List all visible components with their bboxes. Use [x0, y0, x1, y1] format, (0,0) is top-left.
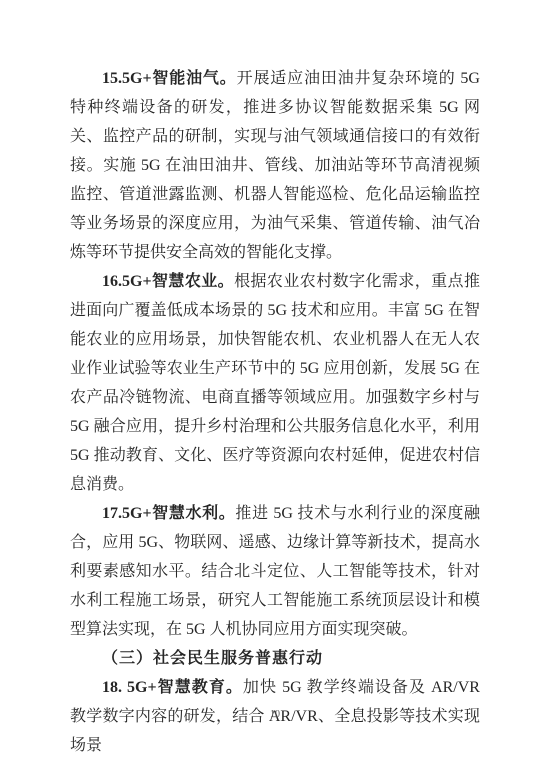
paragraph-15-lead: 15.5G+智能油气。 [102, 70, 237, 87]
document-page: 15.5G+智能油气。开展适应油田油井复杂环境的 5G 特种终端设备的研发，推进… [0, 0, 550, 778]
paragraph-17-text: 推进 5G 技术与水利行业的深度融合，应用 5G、物联网、遥感、边缘计算等新技术… [70, 505, 480, 638]
section-heading-social-livelihood: （三）社会民生服务普惠行动 [70, 644, 480, 673]
paragraph-16-text: 根据农业农村数字化需求，重点推进面向广覆盖低成本场景的 5G 技术和应用。丰富 … [70, 273, 480, 493]
paragraph-16-lead: 16.5G+智慧农业。 [102, 273, 234, 290]
paragraph-17-smart-water: 17.5G+智慧水利。推进 5G 技术与水利行业的深度融合，应用 5G、物联网、… [70, 499, 480, 644]
paragraph-15-text: 开展适应油田油井复杂环境的 5G 特种终端设备的研发，推进多协议智能数据采集 5… [70, 70, 480, 261]
paragraph-16-smart-agriculture: 16.5G+智慧农业。根据农业农村数字化需求，重点推进面向广覆盖低成本场景的 5… [70, 267, 480, 499]
page-number: 10 [270, 709, 280, 720]
paragraph-17-lead: 17.5G+智慧水利。 [102, 505, 235, 522]
paragraph-18-lead: 18. 5G+智慧教育。 [102, 679, 243, 696]
page-footer: 10 [0, 704, 550, 722]
document-body: 15.5G+智能油气。开展适应油田油井复杂环境的 5G 特种终端设备的研发，推进… [70, 64, 480, 760]
paragraph-15-smart-oil-gas: 15.5G+智能油气。开展适应油田油井复杂环境的 5G 特种终端设备的研发，推进… [70, 64, 480, 267]
